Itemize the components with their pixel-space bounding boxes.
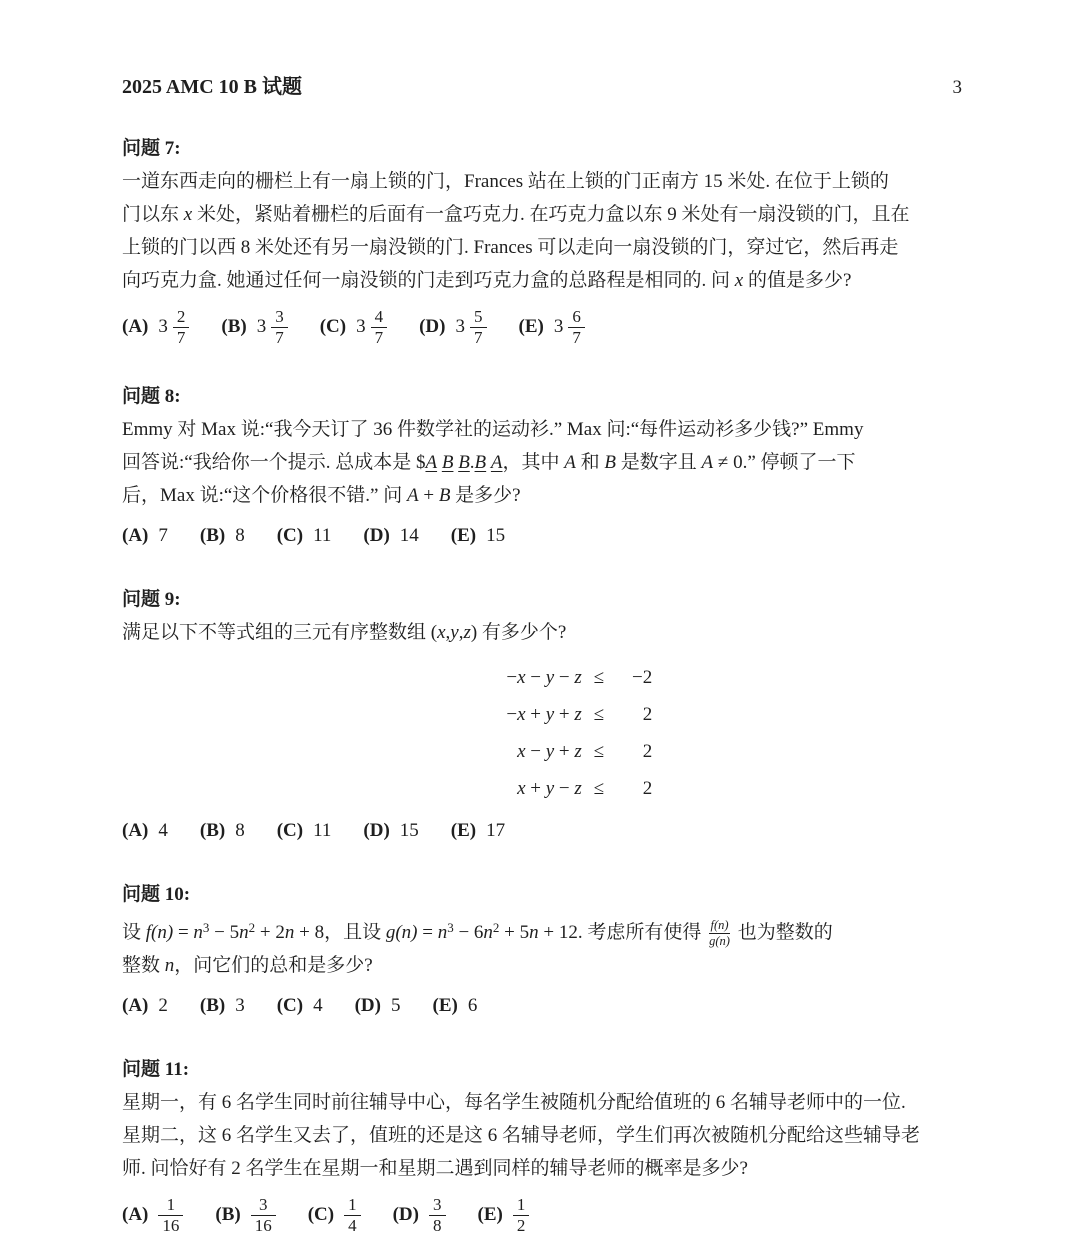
choice-label: (E)	[433, 995, 458, 1017]
problem-9: 问题 9: 满足以下不等式组的三元有序整数组 (x,y,z) 有多少个? −x …	[122, 584, 962, 845]
inequality-rhs: 2	[616, 696, 652, 733]
fraction: 67	[568, 307, 585, 347]
fraction: 12	[513, 1195, 530, 1234]
inequality-rhs: 2	[616, 770, 652, 807]
choice-value: 11	[313, 525, 331, 547]
choice-label: (E)	[478, 1204, 503, 1226]
inequality-relation: ≤	[582, 696, 616, 733]
answer-choice: (E)15	[451, 525, 505, 547]
choice-label: (B)	[215, 1204, 240, 1226]
choice-label: (E)	[519, 316, 544, 338]
choice-value: 367	[554, 307, 585, 347]
answer-choice: (C)4	[277, 995, 323, 1017]
answer-choice: (D)5	[355, 995, 401, 1017]
problem-7-heading: 问题 7:	[122, 133, 962, 160]
choice-label: (C)	[277, 525, 303, 547]
choice-value: 15	[486, 525, 505, 547]
inequality-lhs: −x + y + z	[432, 696, 582, 733]
choice-value: 14	[400, 525, 419, 547]
answer-choice: (D)15	[363, 820, 418, 842]
answer-choice: (A)116	[122, 1195, 183, 1234]
problem-8-heading: 问题 8:	[122, 381, 962, 408]
choice-value: 3	[235, 995, 245, 1017]
problem-7: 问题 7: 一道东西走向的栅栏上有一扇上锁的门，Frances 站在上锁的门正南…	[122, 133, 962, 347]
problem-11: 问题 11: 星期一，有 6 名学生同时前往辅导中心，每名学生被随机分配给值班的…	[122, 1054, 962, 1234]
fraction: 316	[251, 1195, 276, 1234]
answer-choice: (A)4	[122, 820, 168, 842]
choice-label: (E)	[451, 820, 476, 842]
answer-choice: (A)327	[122, 307, 189, 347]
choice-value: 4	[158, 820, 168, 842]
answer-choice: (E)367	[519, 307, 585, 347]
whole-number: 3	[554, 316, 564, 338]
choice-value: 5	[391, 995, 401, 1017]
problem-8-text-line: 后，Max 说:“这个价格很不错.” 问 A + B 是多少?	[122, 479, 962, 512]
answer-choice: (B)8	[200, 820, 245, 842]
problem-10-heading: 问题 10:	[122, 879, 962, 906]
problem-10-answer-choices: (A)2(B)3(C)4(D)5(E)6	[122, 992, 962, 1020]
fraction: 37	[271, 307, 288, 347]
choice-label: (D)	[419, 316, 445, 338]
problem-10-text-line: 整数 n，问它们的总和是多少?	[122, 949, 962, 982]
problem-10-text-line: 设 f(n) = n3 − 5n2 + 2n + 8，且设 g(n) = n3 …	[122, 911, 962, 949]
answer-choice: (C)11	[277, 525, 332, 547]
answer-choice: (A)2	[122, 995, 168, 1017]
problem-8-text-line: 回答说:“我给你一个提示. 总成本是 $A B B.B A，其中 A 和 B 是…	[122, 446, 962, 479]
document-title: 2025 AMC 10 B 试题	[122, 70, 302, 99]
page-number: 3	[953, 77, 963, 99]
problem-11-answer-choices: (A)116(B)316(C)14(D)38(E)12	[122, 1195, 962, 1234]
choice-label: (C)	[277, 995, 303, 1017]
whole-number: 3	[356, 316, 366, 338]
answer-choice: (A)7	[122, 525, 168, 547]
problem-9-text-line: 满足以下不等式组的三元有序整数组 (x,y,z) 有多少个?	[122, 616, 962, 649]
inequality-relation: ≤	[582, 733, 616, 770]
problem-9-heading: 问题 9:	[122, 584, 962, 611]
answer-choice: (E)12	[478, 1195, 530, 1234]
inequality-lhs: x + y − z	[432, 770, 582, 807]
choice-value: 38	[429, 1195, 446, 1234]
problem-11-text-line: 星期一，有 6 名学生同时前往辅导中心，每名学生被随机分配给值班的 6 名辅导老…	[122, 1086, 962, 1119]
problem-10: 问题 10: 设 f(n) = n3 − 5n2 + 2n + 8，且设 g(n…	[122, 879, 962, 1020]
choice-label: (C)	[320, 316, 346, 338]
answer-choice: (B)3	[200, 995, 245, 1017]
choice-value: 8	[235, 820, 245, 842]
whole-number: 3	[158, 316, 168, 338]
choice-value: 2	[158, 995, 168, 1017]
problem-8-text-line: Emmy 对 Max 说:“我今天订了 36 件数学社的运动衫.” Max 问:…	[122, 413, 962, 446]
problem-7-text-line: 向巧克力盒. 她通过任何一扇没锁的门走到巧克力盒的总路程是相同的. 问 x 的值…	[122, 264, 962, 297]
choice-label: (A)	[122, 995, 148, 1017]
inequality-row: −x + y + z ≤ 2	[432, 696, 652, 733]
choice-label: (C)	[277, 820, 303, 842]
fraction: 57	[470, 307, 487, 347]
choice-value: 12	[513, 1195, 530, 1234]
inequality-relation: ≤	[582, 770, 616, 807]
answer-choice: (C)11	[277, 820, 332, 842]
fraction: 27	[173, 307, 190, 347]
inequality-lhs: −x − y − z	[432, 659, 582, 696]
problem-7-text-line: 门以东 x 米处，紧贴着栅栏的后面有一盒巧克力. 在巧克力盒以东 9 米处有一扇…	[122, 198, 962, 231]
choice-value: 6	[468, 995, 478, 1017]
inline-fraction: f(n)g(n)	[709, 918, 730, 949]
answer-choice: (B)8	[200, 525, 245, 547]
choice-value: 7	[158, 525, 168, 547]
choice-label: (D)	[363, 525, 389, 547]
choice-label: (D)	[355, 995, 381, 1017]
choice-label: (D)	[363, 820, 389, 842]
answer-choice: (B)337	[221, 307, 287, 347]
whole-number: 3	[257, 316, 267, 338]
choice-value: 11	[313, 820, 331, 842]
choice-label: (D)	[393, 1204, 419, 1226]
choice-label: (A)	[122, 316, 148, 338]
choice-value: 14	[344, 1195, 361, 1234]
whole-number: 3	[456, 316, 466, 338]
problem-11-heading: 问题 11:	[122, 1054, 962, 1081]
inequality-rhs: −2	[616, 659, 652, 696]
choice-label: (B)	[200, 820, 225, 842]
inequality-relation: ≤	[582, 659, 616, 696]
inequality-system: −x − y − z ≤ −2 −x + y + z ≤ 2 x − y + z…	[432, 659, 652, 807]
problem-11-text-line: 星期二，这 6 名学生又去了，值班的还是这 6 名辅导老师，学生们再次被随机分配…	[122, 1119, 962, 1152]
choice-label: (B)	[200, 995, 225, 1017]
choice-value: 357	[456, 307, 487, 347]
choice-value: 316	[251, 1195, 276, 1234]
choice-label: (B)	[221, 316, 246, 338]
problem-11-text-line: 师. 问恰好有 2 名学生在星期一和星期二遇到同样的辅导老师的概率是多少?	[122, 1152, 962, 1185]
choice-value: 8	[235, 525, 245, 547]
choice-value: 15	[400, 820, 419, 842]
choice-label: (A)	[122, 525, 148, 547]
inequality-row: x − y + z ≤ 2	[432, 733, 652, 770]
choice-label: (A)	[122, 820, 148, 842]
fraction: 38	[429, 1195, 446, 1234]
answer-choice: (C)14	[308, 1195, 361, 1234]
inequality-row: −x − y − z ≤ −2	[432, 659, 652, 696]
answer-choice: (D)38	[393, 1195, 446, 1234]
inequality-rhs: 2	[616, 733, 652, 770]
problem-7-text-line: 上锁的门以西 8 米处还有另一扇没锁的门. Frances 可以走向一扇没锁的门…	[122, 231, 962, 264]
answer-choice: (E)17	[451, 820, 505, 842]
problem-8-answer-choices: (A)7(B)8(C)11(D)14(E)15	[122, 522, 962, 550]
problem-9-answer-choices: (A)4(B)8(C)11(D)15(E)17	[122, 817, 962, 845]
inequality-lhs: x − y + z	[432, 733, 582, 770]
problem-7-text-line: 一道东西走向的栅栏上有一扇上锁的门，Frances 站在上锁的门正南方 15 米…	[122, 165, 962, 198]
answer-choice: (D)14	[363, 525, 418, 547]
choice-value: 337	[257, 307, 288, 347]
page-header: 2025 AMC 10 B 试题 3	[122, 70, 962, 99]
choice-label: (E)	[451, 525, 476, 547]
choice-value: 17	[486, 820, 505, 842]
choice-label: (A)	[122, 1204, 148, 1226]
problem-8: 问题 8: Emmy 对 Max 说:“我今天订了 36 件数学社的运动衫.” …	[122, 381, 962, 550]
answer-choice: (D)357	[419, 307, 486, 347]
choice-value: 4	[313, 995, 323, 1017]
problem-7-answer-choices: (A)327(B)337(C)347(D)357(E)367	[122, 307, 962, 347]
choice-label: (B)	[200, 525, 225, 547]
answer-choice: (E)6	[433, 995, 478, 1017]
answer-choice: (B)316	[215, 1195, 275, 1234]
fraction: 116	[158, 1195, 183, 1234]
choice-label: (C)	[308, 1204, 334, 1226]
fraction: 47	[371, 307, 388, 347]
fraction: 14	[344, 1195, 361, 1234]
document-page: 2025 AMC 10 B 试题 3 问题 7: 一道东西走向的栅栏上有一扇上锁…	[0, 0, 1080, 1234]
choice-value: 116	[158, 1195, 183, 1234]
choice-value: 347	[356, 307, 387, 347]
inequality-row: x + y − z ≤ 2	[432, 770, 652, 807]
choice-value: 327	[158, 307, 189, 347]
answer-choice: (C)347	[320, 307, 387, 347]
